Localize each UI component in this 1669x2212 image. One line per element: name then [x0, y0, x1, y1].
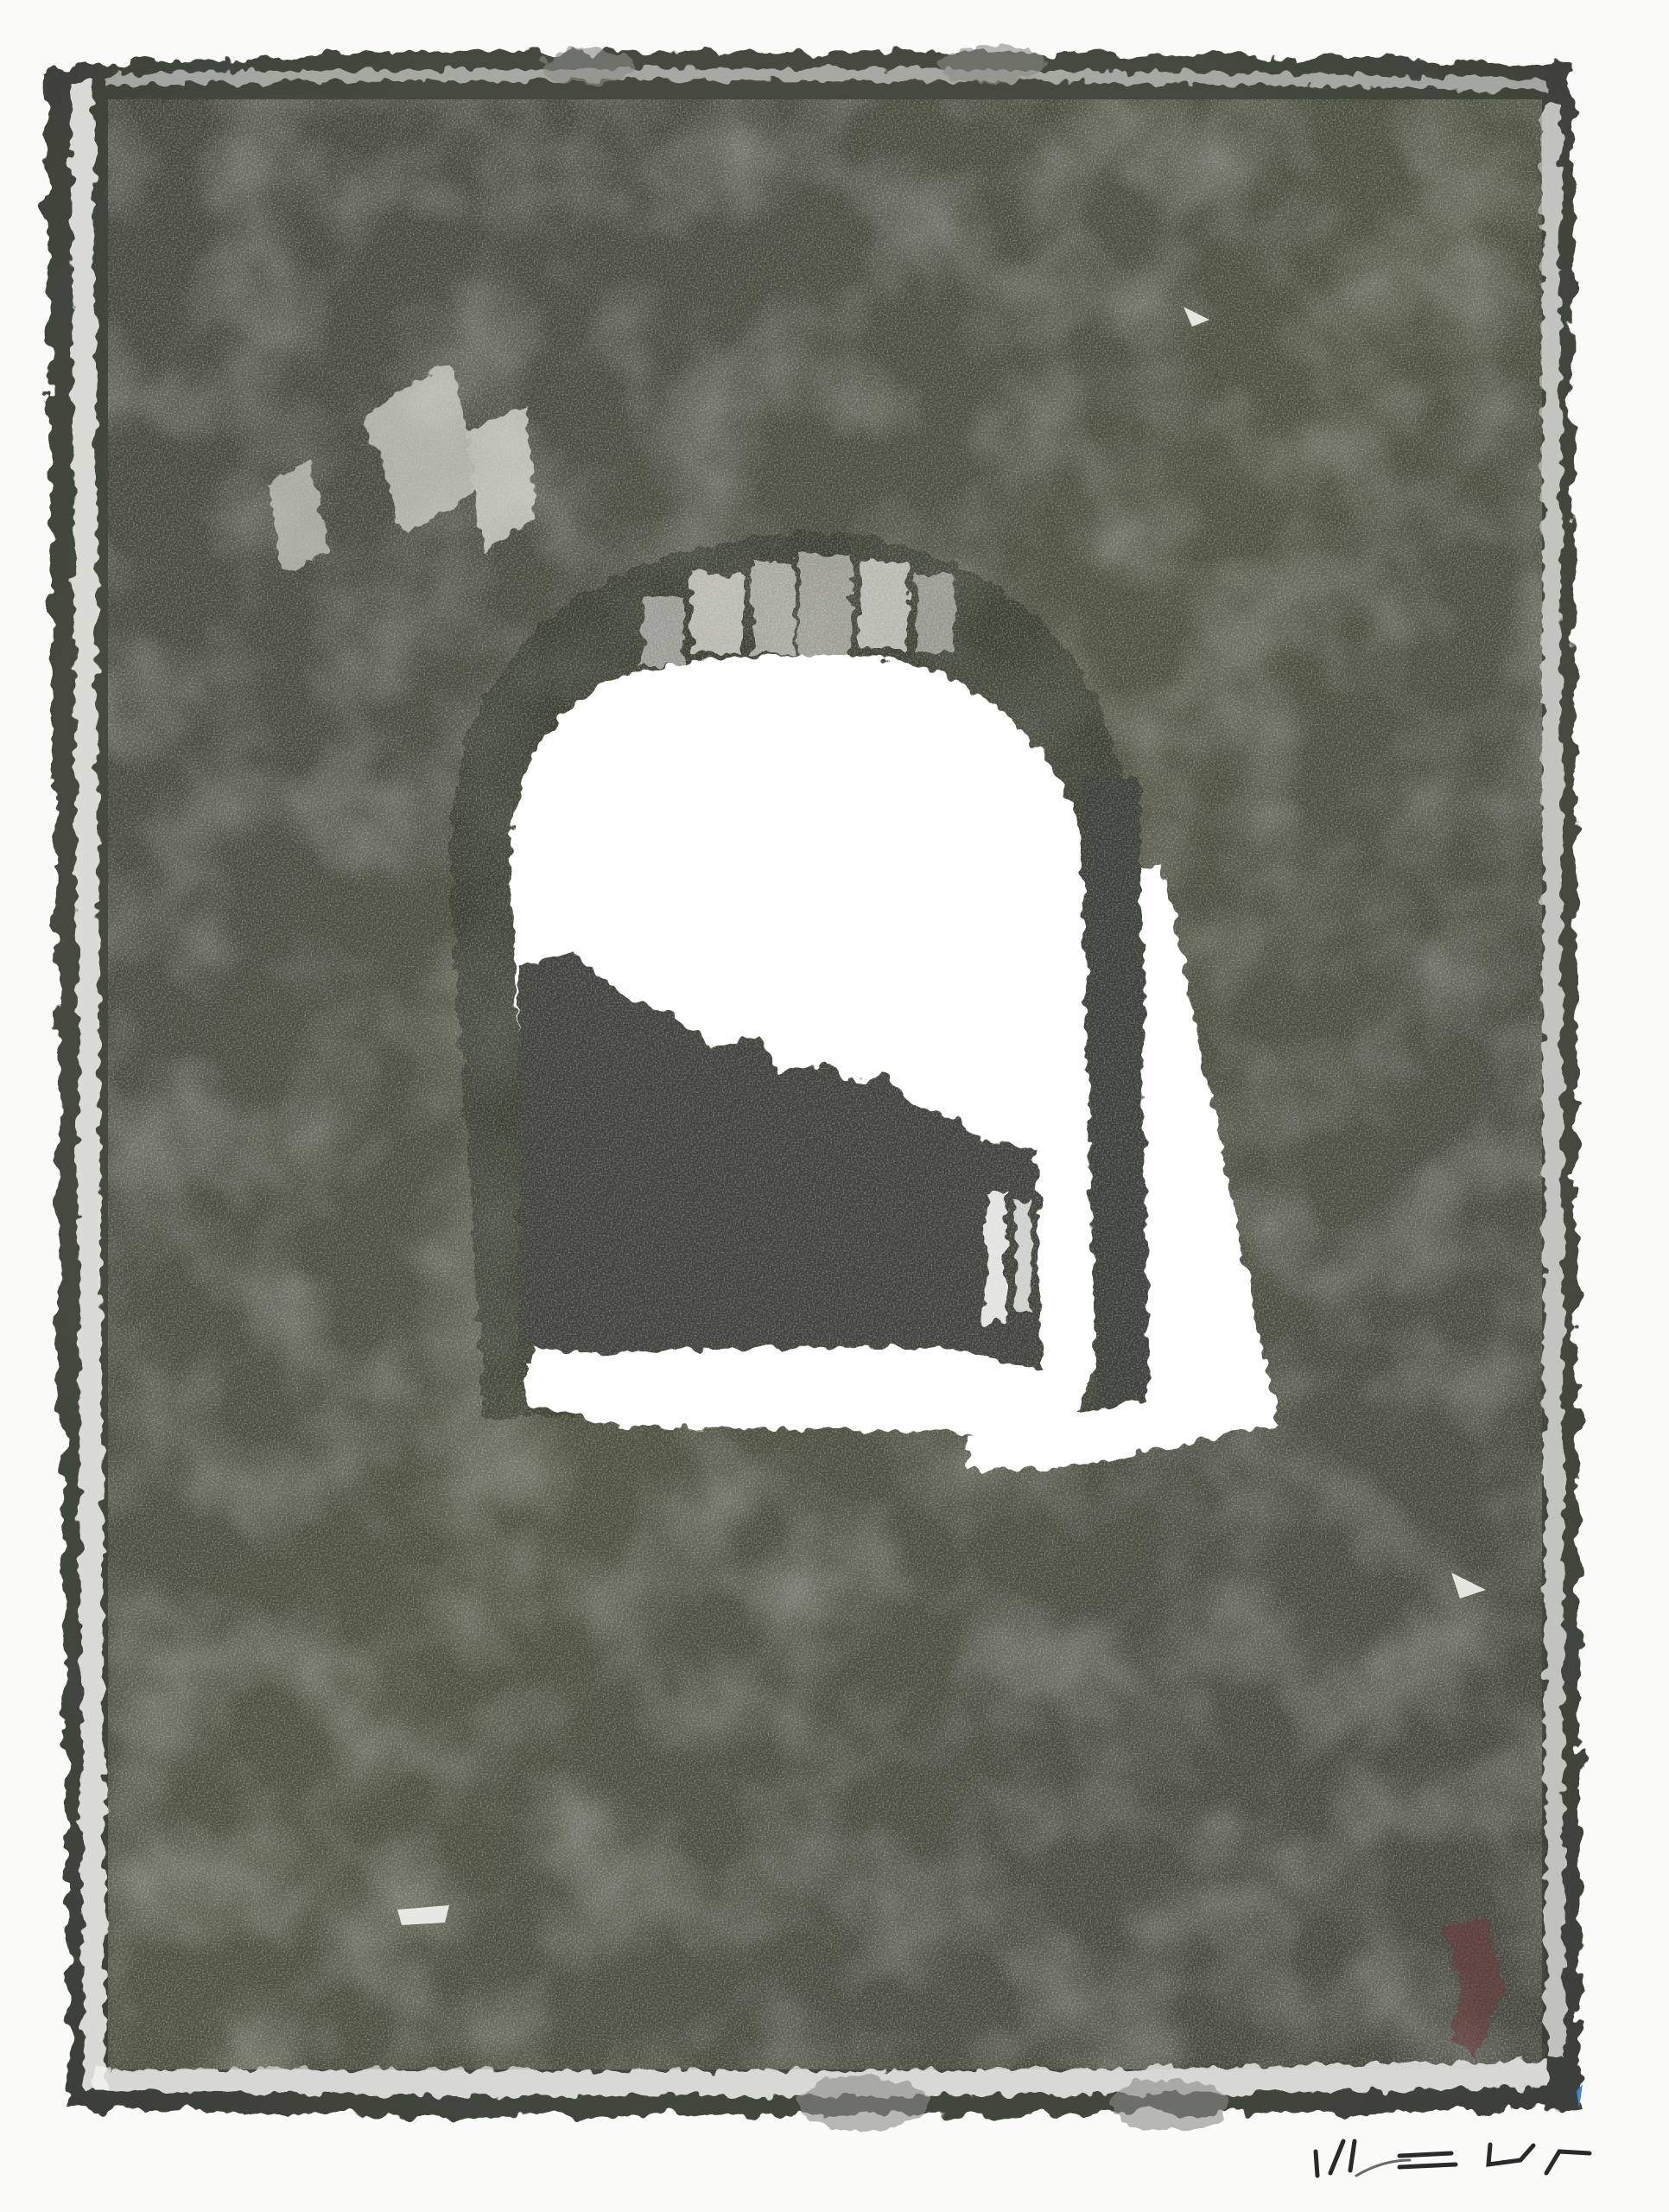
ink-grain [108, 99, 1542, 2069]
monoprint-artwork [0, 0, 1669, 2212]
